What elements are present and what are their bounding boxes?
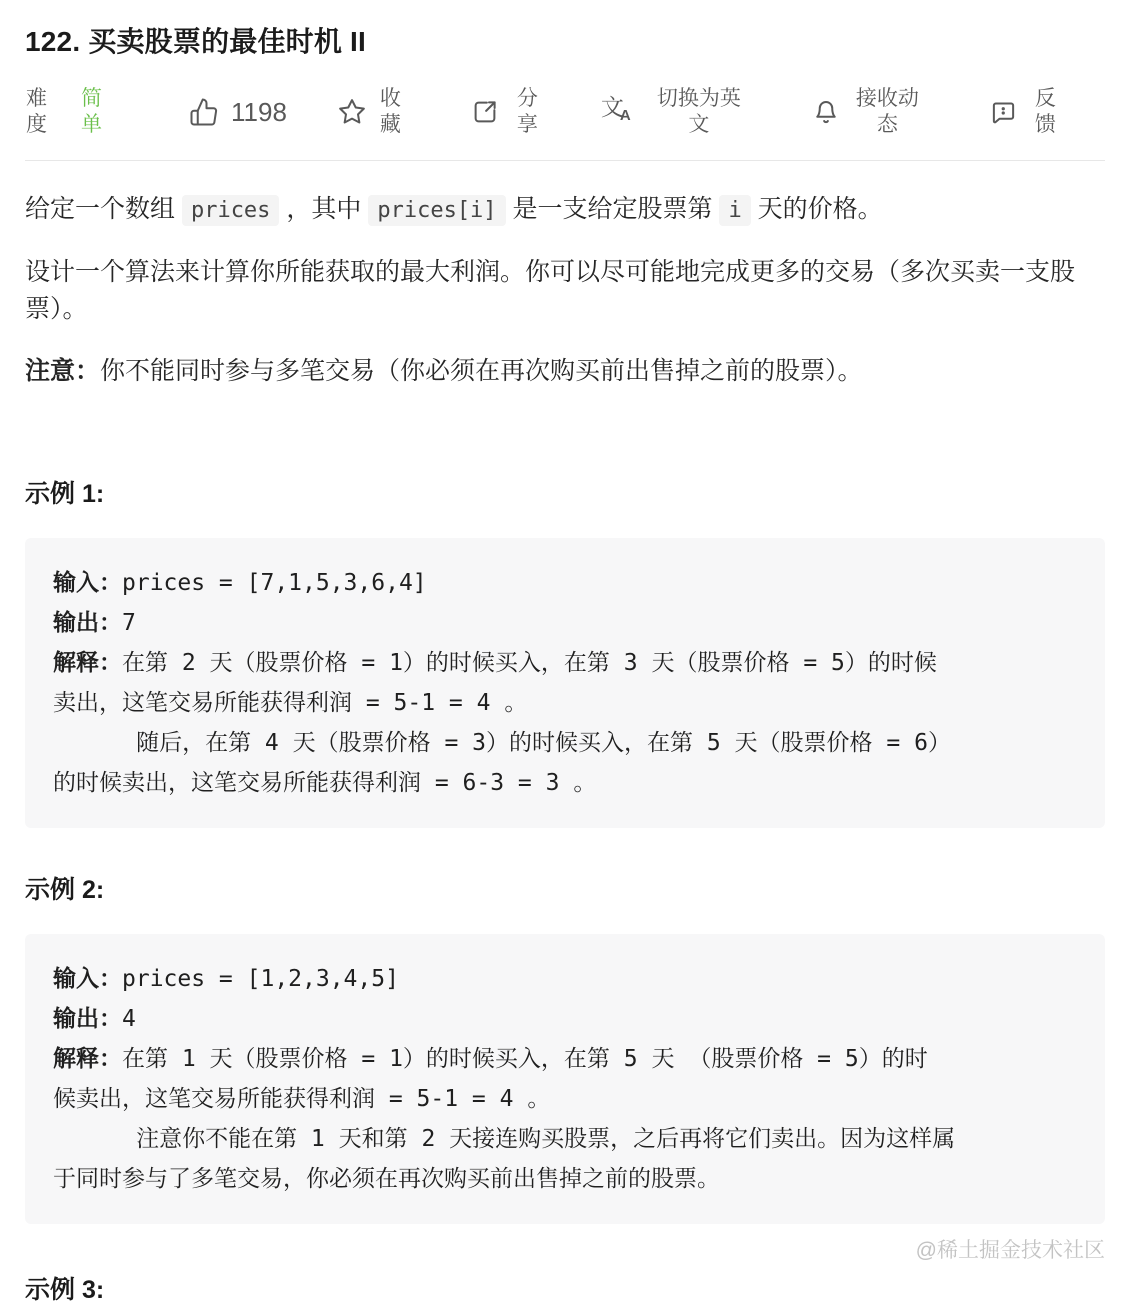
code-line-input: 输入：prices = [7,1,5,3,6,4] — [53, 563, 1077, 603]
share-button[interactable]: 分享 — [470, 86, 539, 138]
code-line-explanation: 的时候卖出，这笔交易所能获得利润 = 6-3 = 3 。 — [53, 763, 1077, 803]
feedback-button[interactable]: 反馈 — [988, 86, 1057, 138]
code-line-text: 的时候卖出，这笔交易所能获得利润 = 6-3 = 3 。 — [53, 770, 596, 796]
code-line-label: 输入： — [53, 570, 122, 596]
problem-page: 122. 买卖股票的最佳时机 II 难度 简单 1198 收藏 — [0, 0, 1130, 1314]
translate-icon: 文 A — [601, 95, 639, 129]
inline-code-i: i — [719, 195, 750, 226]
code-line-explanation: 解释：在第 1 天（股票价格 = 1）的时候买入，在第 5 天 （股票价格 = … — [53, 1039, 1077, 1079]
notifications-button[interactable]: 接收动态 — [811, 86, 922, 138]
code-line-text: 4 — [122, 1006, 136, 1032]
statement-note: 注意：你不能同时参与多笔交易（你必须在再次购买前出售掉之前的股票）。 — [25, 353, 1105, 390]
text-fragment: 你不能同时参与多笔交易（你必须在再次购买前出售掉之前的股票）。 — [100, 357, 863, 385]
thumbs-up-icon — [189, 97, 219, 127]
difficulty-group: 难度 简单 — [25, 86, 103, 138]
code-line-text: 随后，在第 4 天（股票价格 = 3）的时候买入，在第 5 天（股票价格 = 6… — [53, 730, 951, 756]
code-line-explanation: 解释：在第 2 天（股票价格 = 1）的时候买入，在第 3 天（股票价格 = 5… — [53, 643, 1077, 683]
code-line-label: 输出： — [53, 1006, 122, 1032]
code-line-text: 在第 2 天（股票价格 = 1）的时候买入，在第 3 天（股票价格 = 5）的时… — [122, 650, 937, 676]
problem-description: 给定一个数组 prices ，其中 prices[i] 是一支给定股票第 i 天… — [25, 191, 1105, 390]
code-line-label: 输入： — [53, 966, 122, 992]
note-label: 注意： — [25, 357, 100, 385]
code-line-text: 注意你不能在第 1 天和第 2 天接连购买股票，之后再将它们卖出。因为这样属 — [53, 1126, 955, 1152]
share-icon — [470, 97, 500, 127]
code-line-label: 解释： — [53, 650, 122, 676]
example-1-block: 输入：prices = [7,1,5,3,6,4] 输出：7 解释：在第 2 天… — [25, 538, 1105, 828]
code-line-output: 输出：7 — [53, 603, 1077, 643]
text-fragment: 给定一个数组 — [25, 195, 182, 223]
code-line-text: prices = [7,1,5,3,6,4] — [122, 570, 427, 596]
star-icon — [337, 97, 367, 127]
difficulty-badge: 简单 — [80, 86, 103, 138]
share-label: 分享 — [516, 86, 539, 138]
example-2-heading: 示例 2: — [25, 870, 1105, 906]
inline-code-prices-i: prices[i] — [368, 195, 505, 226]
feedback-icon — [988, 97, 1018, 127]
code-line-output: 输出：4 — [53, 999, 1077, 1039]
example-2-block: 输入：prices = [1,2,3,4,5] 输出：4 解释：在第 1 天（股… — [25, 934, 1105, 1224]
feedback-label: 反馈 — [1034, 86, 1057, 138]
code-line-explanation: 候卖出，这笔交易所能获得利润 = 5-1 = 4 。 — [53, 1079, 1077, 1119]
code-line-text: 卖出，这笔交易所能获得利润 = 5-1 = 4 。 — [53, 690, 527, 716]
favorite-label: 收藏 — [379, 86, 402, 138]
statement-paragraph-1: 给定一个数组 prices ，其中 prices[i] 是一支给定股票第 i 天… — [25, 191, 1105, 229]
text-fragment: 天的价格。 — [751, 195, 883, 223]
favorite-button[interactable]: 收藏 — [337, 86, 402, 138]
text-fragment: 是一支给定股票第 — [506, 195, 720, 223]
code-line-label: 解释： — [53, 1046, 122, 1072]
like-count: 1198 — [231, 97, 287, 128]
toolbar: 难度 简单 1198 收藏 分享 文 — [25, 86, 1105, 138]
like-button[interactable]: 1198 — [189, 97, 287, 128]
code-line-text: 在第 1 天（股票价格 = 1）的时候买入，在第 5 天 （股票价格 = 5）的… — [122, 1046, 928, 1072]
code-line-text: 候卖出，这笔交易所能获得利润 = 5-1 = 4 。 — [53, 1086, 550, 1112]
divider — [25, 160, 1105, 161]
code-line-text: prices = [1,2,3,4,5] — [122, 966, 399, 992]
code-line-explanation: 卖出，这笔交易所能获得利润 = 5-1 = 4 。 — [53, 683, 1077, 723]
bell-icon — [811, 97, 841, 127]
text-fragment: ，其中 — [279, 195, 368, 223]
example-3-heading: 示例 3: — [25, 1270, 1105, 1306]
code-line-explanation: 于同时参与了多笔交易，你必须在再次购买前出售掉之前的股票。 — [53, 1159, 1077, 1199]
code-line-text: 7 — [122, 610, 136, 636]
difficulty-label: 难度 — [25, 86, 48, 138]
notifications-label: 接收动态 — [853, 86, 922, 138]
code-line-input: 输入：prices = [1,2,3,4,5] — [53, 959, 1077, 999]
page-title: 122. 买卖股票的最佳时机 II — [25, 20, 1105, 60]
statement-paragraph-2: 设计一个算法来计算你所能获取的最大利润。你可以尽可能地完成更多的交易（多次买卖一… — [25, 254, 1105, 328]
example-1-heading: 示例 1: — [25, 474, 1105, 510]
code-line-explanation: 随后，在第 4 天（股票价格 = 3）的时候买入，在第 5 天（股票价格 = 6… — [53, 723, 1077, 763]
inline-code-prices: prices — [182, 195, 279, 226]
code-line-text: 于同时参与了多笔交易，你必须在再次购买前出售掉之前的股票。 — [53, 1166, 720, 1192]
code-line-explanation: 注意你不能在第 1 天和第 2 天接连购买股票，之后再将它们卖出。因为这样属 — [53, 1119, 1077, 1159]
watermark: @稀土掘金技术社区 — [25, 1234, 1105, 1264]
translate-button[interactable]: 文 A 切换为英文 — [601, 86, 747, 138]
translate-label: 切换为英文 — [651, 86, 747, 138]
code-line-label: 输出： — [53, 610, 122, 636]
